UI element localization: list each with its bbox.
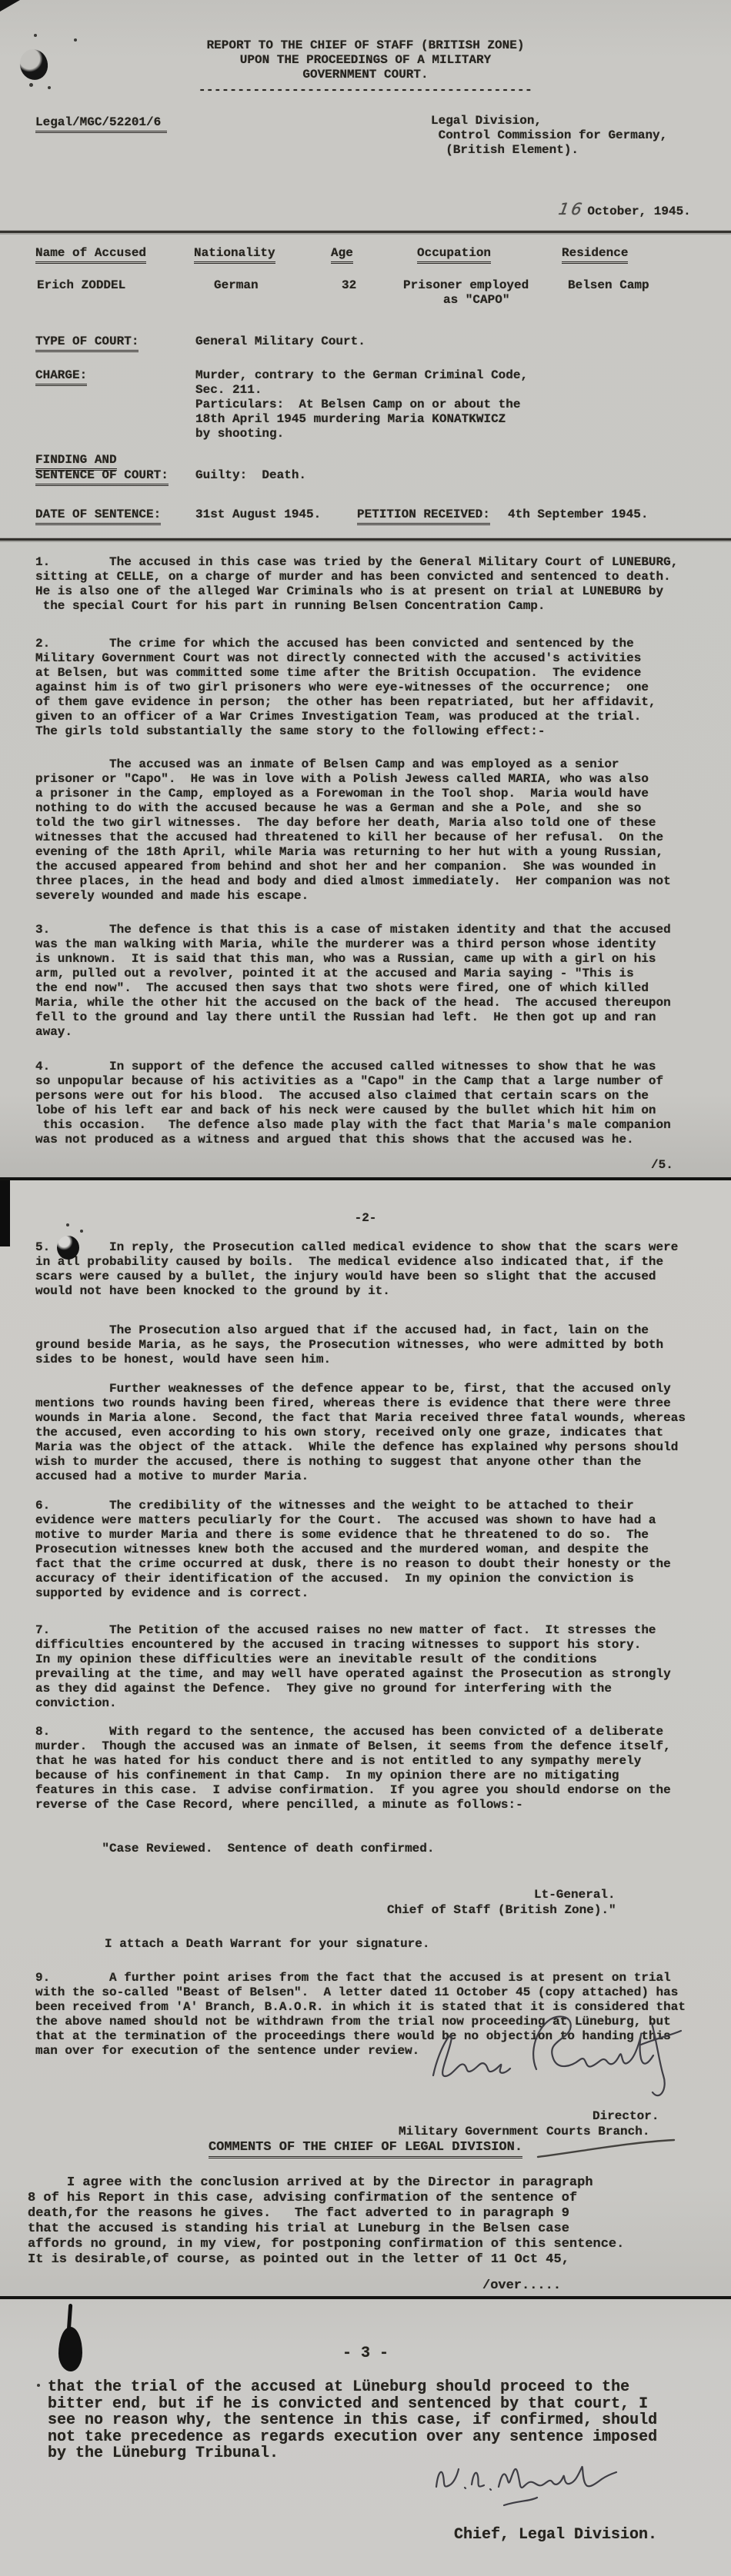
charge-value: Murder, contrary to the German Criminal …: [195, 368, 528, 441]
col-header-nationality: Nationality: [194, 246, 275, 264]
paragraph-6: 6. The credibility of the witnesses and …: [35, 1499, 671, 1601]
col-header-age: Age: [331, 246, 353, 264]
corner-tear-mark: [0, 0, 20, 12]
petition-received-label: PETITION RECEIVED:: [357, 508, 490, 525]
lt-general-line: Lt-General.: [534, 1888, 616, 1902]
pencil-dot: [80, 1230, 83, 1233]
accused-occupation-line1: Prisoner employed: [403, 278, 529, 293]
paragraph-3: 3. The defence is that this is a case of…: [35, 923, 671, 1040]
next-page-marker: /5.: [651, 1158, 673, 1173]
chief-of-staff-line: Chief of Staff (British Zone).": [387, 1903, 616, 1918]
date-of-sentence-value: 31st August 1945.: [195, 508, 321, 522]
hole-punch-mark: [57, 1236, 79, 1260]
paragraph-2: 2. The crime for which the accused has b…: [35, 637, 656, 739]
paragraph-5b: Further weaknesses of the defence appear…: [35, 1382, 686, 1484]
pencil-dot: [37, 2384, 40, 2387]
director-signature: [419, 2002, 685, 2109]
typed-date: October, 1945.: [587, 205, 690, 218]
comments-heading: COMMENTS OF THE CHIEF OF LEGAL DIVISION.: [209, 2140, 522, 2158]
page-1: REPORT TO THE CHIEF OF STAFF (BRITISH ZO…: [0, 0, 731, 1177]
accused-age: 32: [342, 278, 356, 293]
over-marker: /over.....: [482, 2278, 561, 2294]
accused-name: Erich ZODDEL: [37, 278, 125, 293]
col-header-residence: Residence: [562, 246, 628, 264]
accused-nationality: German: [214, 278, 259, 293]
accused-residence: Belsen Camp: [568, 278, 649, 293]
handwritten-day: 16: [557, 202, 585, 217]
petition-received-value: 4th September 1945.: [508, 508, 648, 522]
paragraph-4: 4. In support of the defence the accused…: [35, 1060, 671, 1147]
death-warrant-line: I attach a Death Warrant for your signat…: [105, 1937, 429, 1952]
col-header-name: Name of Accused: [35, 246, 146, 264]
report-title: REPORT TO THE CHIEF OF STAFF (BRITISH ZO…: [0, 38, 731, 82]
minute-quote: "Case Reviewed. Sentence of death confir…: [35, 1842, 434, 1856]
paragraph-5a: The Prosecution also argued that if the …: [35, 1323, 663, 1367]
accused-occupation-line2: as "CAPO": [443, 293, 509, 308]
type-of-court-value: General Military Court.: [195, 334, 365, 349]
paragraph-8: 8. With regard to the sentence, the accu…: [35, 1725, 671, 1812]
type-of-court-label: TYPE OF COURT:: [35, 334, 139, 352]
paragraph-5: 5. In reply, the Prosecution called medi…: [35, 1240, 678, 1299]
date-of-sentence-label: DATE OF SENTENCE:: [35, 508, 161, 525]
chief-legal-signature: [427, 2447, 619, 2520]
page-number: - 3 -: [0, 2345, 731, 2362]
horizontal-rule-body: [0, 538, 731, 541]
chief-legal-division-line: Chief, Legal Division.: [454, 2527, 657, 2544]
charge-label: CHARGE:: [35, 368, 87, 386]
finding-value: Guilty: Death.: [195, 468, 306, 483]
title-dashed-rule: ----------------------------------------…: [0, 83, 731, 98]
comments-body: I agree with the conclusion arrived at b…: [28, 2175, 624, 2268]
paragraph-1: 1. The accused in this case was tried by…: [35, 555, 678, 614]
paragraph-2-continuation: The accused was an inmate of Belsen Camp…: [35, 757, 671, 904]
horizontal-rule-top: [0, 231, 731, 233]
director-title-line: Director.: [592, 2109, 659, 2124]
ink-speck: [34, 34, 37, 37]
date-line: 16October, 1945.: [514, 188, 691, 234]
page-number: -2-: [0, 1211, 731, 1226]
col-header-occupation: Occupation: [417, 246, 491, 264]
reference-number: Legal/MGC/52201/6: [35, 115, 167, 133]
document-scan: REPORT TO THE CHIEF OF STAFF (BRITISH ZO…: [0, 0, 731, 2576]
org-address-block: Legal Division, Control Commission for G…: [431, 114, 667, 158]
paragraph-7: 7. The Petition of the accused raises no…: [35, 1623, 671, 1711]
finding-label-line2: SENTENCE OF COURT:: [35, 468, 169, 486]
page-3: - 3 - that the trial of the accused at L…: [0, 2299, 731, 2576]
pen-stroke-mark: [535, 2137, 677, 2160]
page-2: -2- 5. In reply, the Prosecution called …: [0, 1180, 731, 2296]
